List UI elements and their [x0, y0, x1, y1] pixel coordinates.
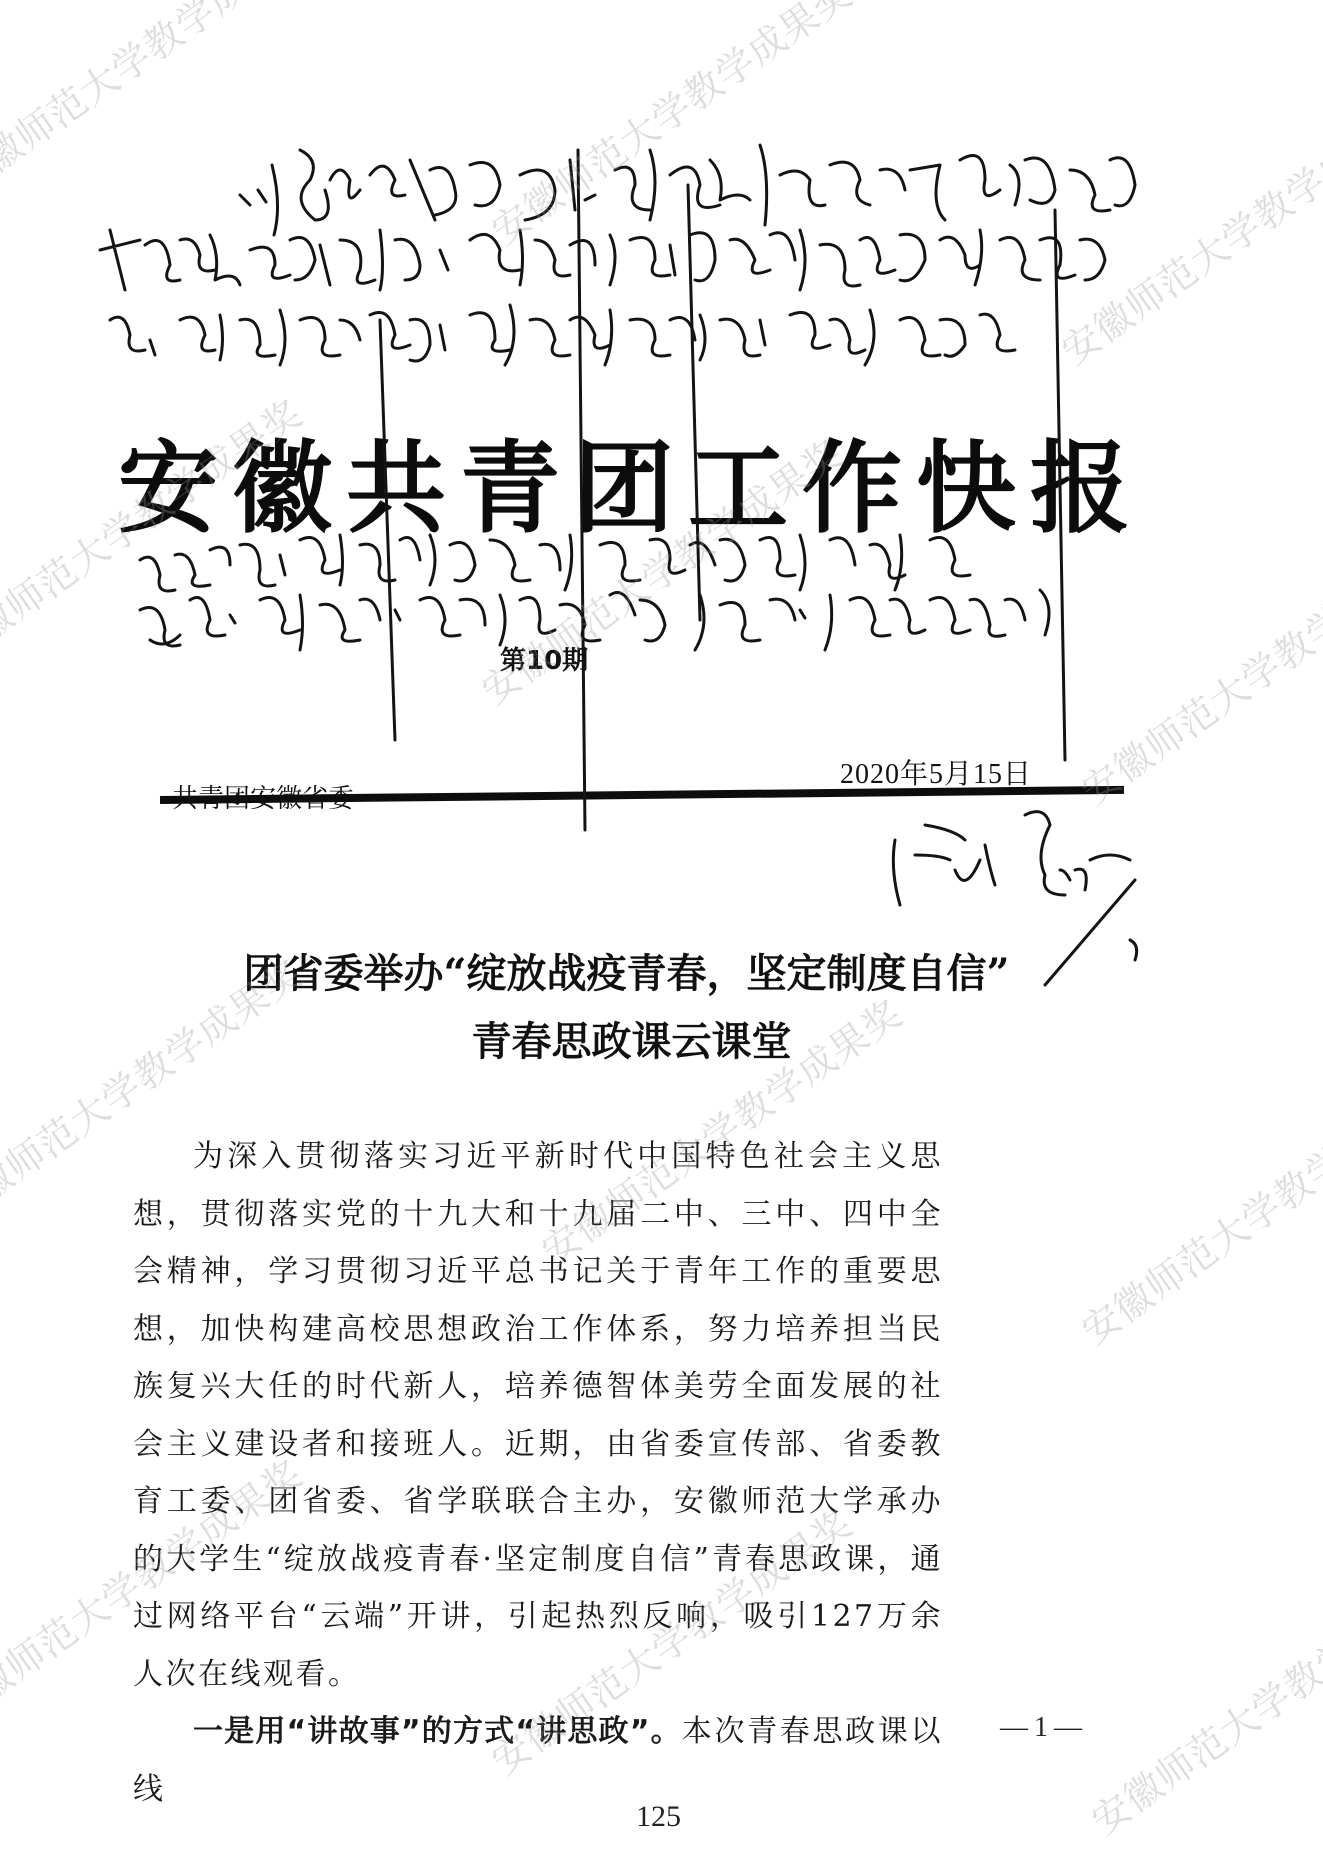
paragraph-2: 一是用“讲故事”的方式“讲思政”。本次青春思政课以线 [133, 1703, 943, 1818]
article-body: 为深入贯彻落实习近平新时代中国特色社会主义思想，贯彻落实党的十九大和十九届二中、… [133, 1128, 943, 1818]
article-title-line1: 团省委举办“绽放战疫青春，坚定制度自信” [0, 942, 1288, 999]
paragraph-2-lead: 一是用“讲故事”的方式“讲思政”。 [193, 1714, 682, 1749]
folio-page-number: —1— [1000, 1712, 1088, 1744]
paragraph-1: 为深入贯彻落实习近平新时代中国特色社会主义思想，贯彻落实党的十九大和十九届二中、… [133, 1128, 943, 1703]
watermark: 安徽师范大学教学成果奖 [1068, 1064, 1323, 1355]
article-title-line2: 青春思政课云课堂 [0, 1010, 1293, 1067]
watermark: 安徽师范大学教学成果奖 [1068, 524, 1323, 815]
issue-number: 第10期 [500, 640, 588, 677]
watermark: 安徽师范大学教学成果奖 [0, 0, 321, 205]
page-number: 125 [636, 1800, 681, 1834]
watermark: 安徽师范大学教学成果奖 [1078, 1554, 1323, 1845]
masthead-title: 安徽共青团工作快报 [118, 428, 1138, 548]
watermark: 安徽师范大学教学成果奖 [1048, 84, 1323, 375]
watermark: 安徽师范大学教学成果奖 [478, 0, 861, 255]
issue-date: 2020年5月15日 [840, 752, 1032, 792]
